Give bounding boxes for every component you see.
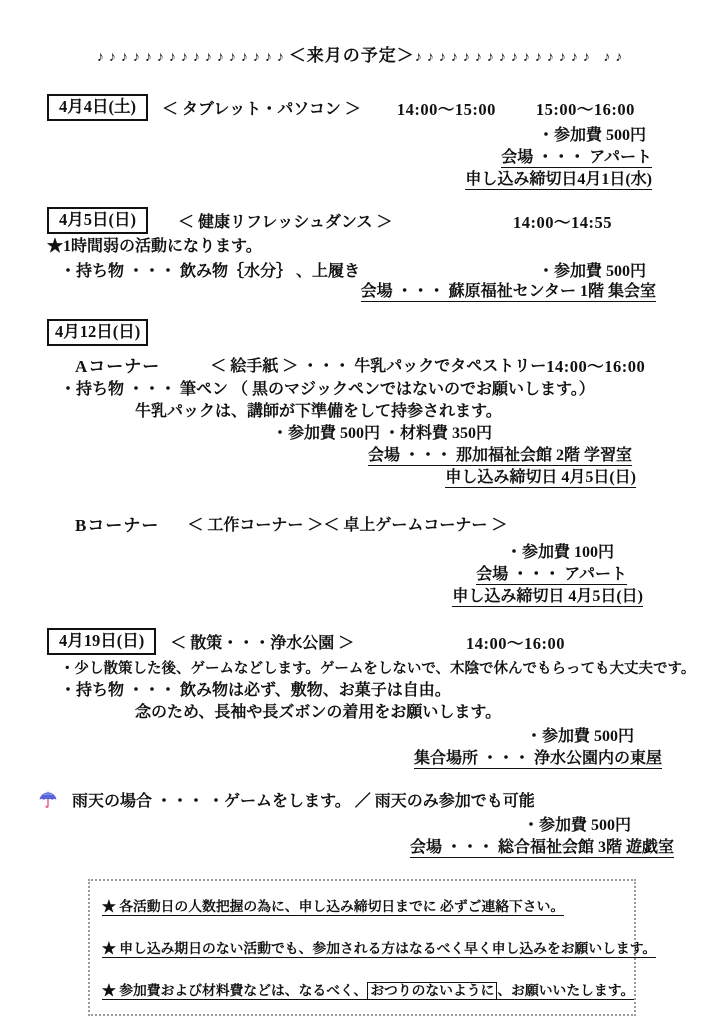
deadline-line: 申し込み締切日 4月5日(日) <box>0 467 724 489</box>
items-line: ・持ち物 ・・・ 飲み物は必ず、敷物、お菓子は自由。 <box>0 680 724 702</box>
section-apr5-header: 4月5日(日) ＜ 健康リフレッシュダンス ＞ 14:00～14:55 <box>0 207 724 234</box>
corner-a-name: Aコーナー <box>75 352 160 377</box>
activity-title: ＜ タブレット・パソコン ＞ <box>162 96 361 119</box>
prep-note-line: 牛乳パックは、講師が下準備をして持参されます。 <box>0 401 724 423</box>
fee-text: ・参加費 100円 <box>506 544 614 561</box>
items-fee-line: ・持ち物 ・・・ 飲み物｛水分｝ 、上履き ・参加費 500円 <box>0 258 724 281</box>
items-text: ・持ち物 ・・・ 飲み物｛水分｝ 、上履き <box>0 258 360 281</box>
activity-title: ＜ 絵手紙 ＞ ・・・ 牛乳パックでタペストリー <box>210 353 546 376</box>
activity-title: ＜ 健康リフレッシュダンス ＞ <box>178 209 393 232</box>
page-title: ＜来月の予定＞ <box>289 46 415 65</box>
time-slot: 14:00～16:00 <box>466 630 724 654</box>
umbrella-icon <box>38 790 58 810</box>
fee-text: ・参加費 500円 <box>538 127 646 144</box>
activity-note-line: ★1時間弱の活動になります。 <box>0 236 724 258</box>
description-text: ・少し散策した後、ゲームなどします。ゲームをしないで、木陰で休んでもらっても大丈… <box>60 661 695 677</box>
notice-3-boxed-phrase: おつりのないように <box>367 982 497 1000</box>
schedule-document-page: ♪♪♪♪♪♪♪♪♪♪♪♪♪♪♪♪＜来月の予定＞♪♪♪♪♪♪♪♪♪♪♪♪♪♪♪ ♪… <box>0 0 724 1024</box>
section-apr19-header: 4月19日(日) ＜ 散策・・・浄水公園 ＞ 14:00～16:00 <box>0 628 724 655</box>
fee-text: ・参加費 500円 ・材料費 350円 <box>272 425 492 442</box>
fee-text: ・参加費 500円 <box>538 258 724 281</box>
corner-b-header: Bコーナー ＜ 工作コーナー ＞＜ 卓上ゲームコーナー ＞ <box>0 511 724 536</box>
items-text: ・持ち物 ・・・ 筆ペン （ 黒のマジックペンではないのでお願いします。） <box>60 381 595 398</box>
deadline-text: 申し込み締切日 4月5日(日) <box>445 469 636 488</box>
venue-text: 会場 ・・・ アパート <box>501 149 652 168</box>
date-box-apr5: 4月5日(日) <box>47 207 148 234</box>
notice-3-text: ★ 参加費および材料費などは、なるべく、おつりのないように、お願いいたします。 <box>102 983 634 1000</box>
prep-note-text: 牛乳パックは、講師が下準備をして持参されます。 <box>135 403 502 420</box>
rainy-case-header: 雨天の場合 ・・・ ・ゲームをします。 ／ 雨天のみ参加でも可能 <box>0 788 724 811</box>
fee-text: ・参加費 500円 <box>523 817 631 834</box>
section-apr4-header: 4月4日(土) ＜ タブレット・パソコン ＞ 14:00～15:00 15:00… <box>0 94 724 121</box>
date-box-apr19: 4月19日(日) <box>47 628 156 655</box>
venue-text: 会場 ・・・ アパート <box>476 566 627 585</box>
activity-title: ＜ 散策・・・浄水公園 ＞ <box>170 630 354 653</box>
activity-title: ＜ 工作コーナー ＞＜ 卓上ゲームコーナー ＞ <box>187 512 507 535</box>
time-slot-2: 15:00～16:00 <box>536 96 635 120</box>
notice-3-suffix: 、お願いいたします。 <box>497 983 634 998</box>
venue-text: 会場 ・・・ 総合福祉会館 3階 遊戯室 <box>410 839 674 858</box>
caution-text: 念のため、長袖や長ズボンの着用をお願いします。 <box>135 704 501 721</box>
meeting-place-text: 集合場所 ・・・ 浄水公園内の東屋 <box>414 750 662 769</box>
venue-text: 会場 ・・・ 蘇原福祉センター 1階 集会室 <box>361 283 656 302</box>
section-apr12-header: 4月12日(日) <box>0 319 724 346</box>
notice-2-text: ★ 申し込み期日のない活動でも、参加される方はなるべく早く申し込みをお願いします… <box>102 941 656 958</box>
page-header: ♪♪♪♪♪♪♪♪♪♪♪♪♪♪♪♪＜来月の予定＞♪♪♪♪♪♪♪♪♪♪♪♪♪♪♪ ♪… <box>0 46 724 68</box>
items-text: ・持ち物 ・・・ 飲み物は必ず、敷物、お菓子は自由。 <box>60 682 451 699</box>
music-notes-left: ♪♪♪♪♪♪♪♪♪♪♪♪♪♪♪♪ <box>97 50 289 65</box>
corner-a-header: Aコーナー ＜ 絵手紙 ＞ ・・・ 牛乳パックでタペストリー 14:00～16:… <box>0 352 724 377</box>
deadline-line: 申し込み締切日4月1日(水) <box>0 169 724 191</box>
venue-line: 会場 ・・・ アパート <box>0 147 724 169</box>
venue-line: 会場 ・・・ 総合福祉会館 3階 遊戯室 <box>0 837 724 859</box>
venue-line: 会場 ・・・ アパート <box>0 564 724 586</box>
meeting-place-line: 集合場所 ・・・ 浄水公園内の東屋 <box>0 748 724 770</box>
fee-line: ・参加費 500円 <box>0 815 724 837</box>
deadline-text: 申し込み締切日 4月5日(日) <box>452 588 643 607</box>
notices-box: ★ 各活動日の人数把握の為に、申し込み締切日までに 必ずご連絡下さい。 ★ 申し… <box>88 879 636 1016</box>
music-notes-right: ♪♪♪♪♪♪♪♪♪♪♪♪♪♪♪ ♪♪ <box>415 50 628 65</box>
items-line: ・持ち物 ・・・ 筆ペン （ 黒のマジックペンではないのでお願いします。） <box>0 379 724 401</box>
deadline-text: 申し込み締切日4月1日(水) <box>465 171 652 190</box>
note-text: ★1時間弱の活動になります。 <box>47 238 262 255</box>
notice-3-prefix: ★ 参加費および材料費などは、なるべく、 <box>102 983 367 998</box>
fee-line: ・参加費 500円 <box>0 726 724 748</box>
time-slot-1: 14:00～15:00 <box>397 96 496 120</box>
venue-line: 会場 ・・・ 蘇原福祉センター 1階 集会室 <box>0 281 724 303</box>
notice-1-text: ★ 各活動日の人数把握の為に、申し込み締切日までに 必ずご連絡下さい。 <box>102 899 564 916</box>
date-box-apr12: 4月12日(日) <box>47 319 148 346</box>
fee-line: ・参加費 100円 <box>0 542 724 564</box>
fee-line: ・参加費 500円 <box>0 125 724 147</box>
deadline-line: 申し込み締切日 4月5日(日) <box>0 586 724 608</box>
time-slot: 14:00～14:55 <box>513 209 724 233</box>
rainy-case-text: 雨天の場合 ・・・ ・ゲームをします。 ／ 雨天のみ参加でも可能 <box>72 788 535 811</box>
fee-text: ・参加費 500円 <box>526 728 634 745</box>
venue-line: 会場 ・・・ 那加福祉会館 2階 学習室 <box>0 445 724 467</box>
venue-text: 会場 ・・・ 那加福祉会館 2階 学習室 <box>368 447 632 466</box>
corner-b-name: Bコーナー <box>75 511 159 536</box>
notice-line-3: ★ 参加費および材料費などは、なるべく、おつりのないように、お願いいたします。 <box>102 982 624 1000</box>
notice-line-2: ★ 申し込み期日のない活動でも、参加される方はなるべく早く申し込みをお願いします… <box>102 940 624 958</box>
date-box-apr4: 4月4日(土) <box>47 94 148 121</box>
time-slot: 14:00～16:00 <box>546 353 724 377</box>
notice-line-1: ★ 各活動日の人数把握の為に、申し込み締切日までに 必ずご連絡下さい。 <box>102 898 624 916</box>
description-line: ・少し散策した後、ゲームなどします。ゲームをしないで、木陰で休んでもらっても大丈… <box>0 658 724 680</box>
fee-line: ・参加費 500円 ・材料費 350円 <box>0 423 724 445</box>
caution-line: 念のため、長袖や長ズボンの着用をお願いします。 <box>0 702 724 724</box>
